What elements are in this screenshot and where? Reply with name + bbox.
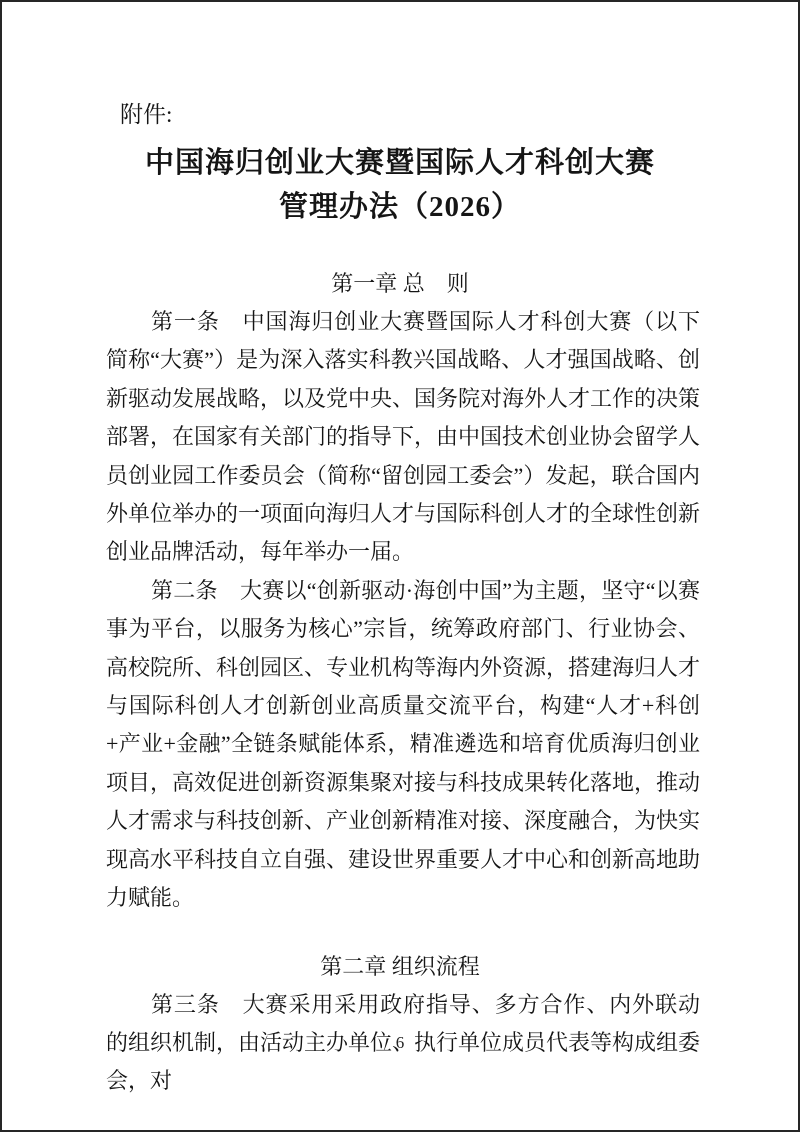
paragraph-article-1: 第一条 中国海归创业大赛暨国际人才科创大赛（以下简称“大赛”）是为深入落实科教兴… [106, 303, 700, 572]
chapter-1-heading: 第一章 总 则 [2, 265, 798, 303]
page-number: 6 [2, 1033, 798, 1053]
document-title-line2: 管理办法（2026） [2, 185, 798, 229]
paragraph-article-2: 第二条 大赛以“创新驱动·海创中国”为主题，坚守“以赛事为平台，以服务为核心”宗… [106, 572, 700, 918]
document-title-line1: 中国海归创业大赛暨国际人才科创大赛 [2, 141, 798, 185]
attachment-label: 附件: [120, 102, 798, 128]
document-page: 附件: 中国海归创业大赛暨国际人才科创大赛 管理办法（2026） 第一章 总 则… [0, 0, 800, 1132]
chapter-2-heading: 第二章 组织流程 [2, 948, 798, 986]
